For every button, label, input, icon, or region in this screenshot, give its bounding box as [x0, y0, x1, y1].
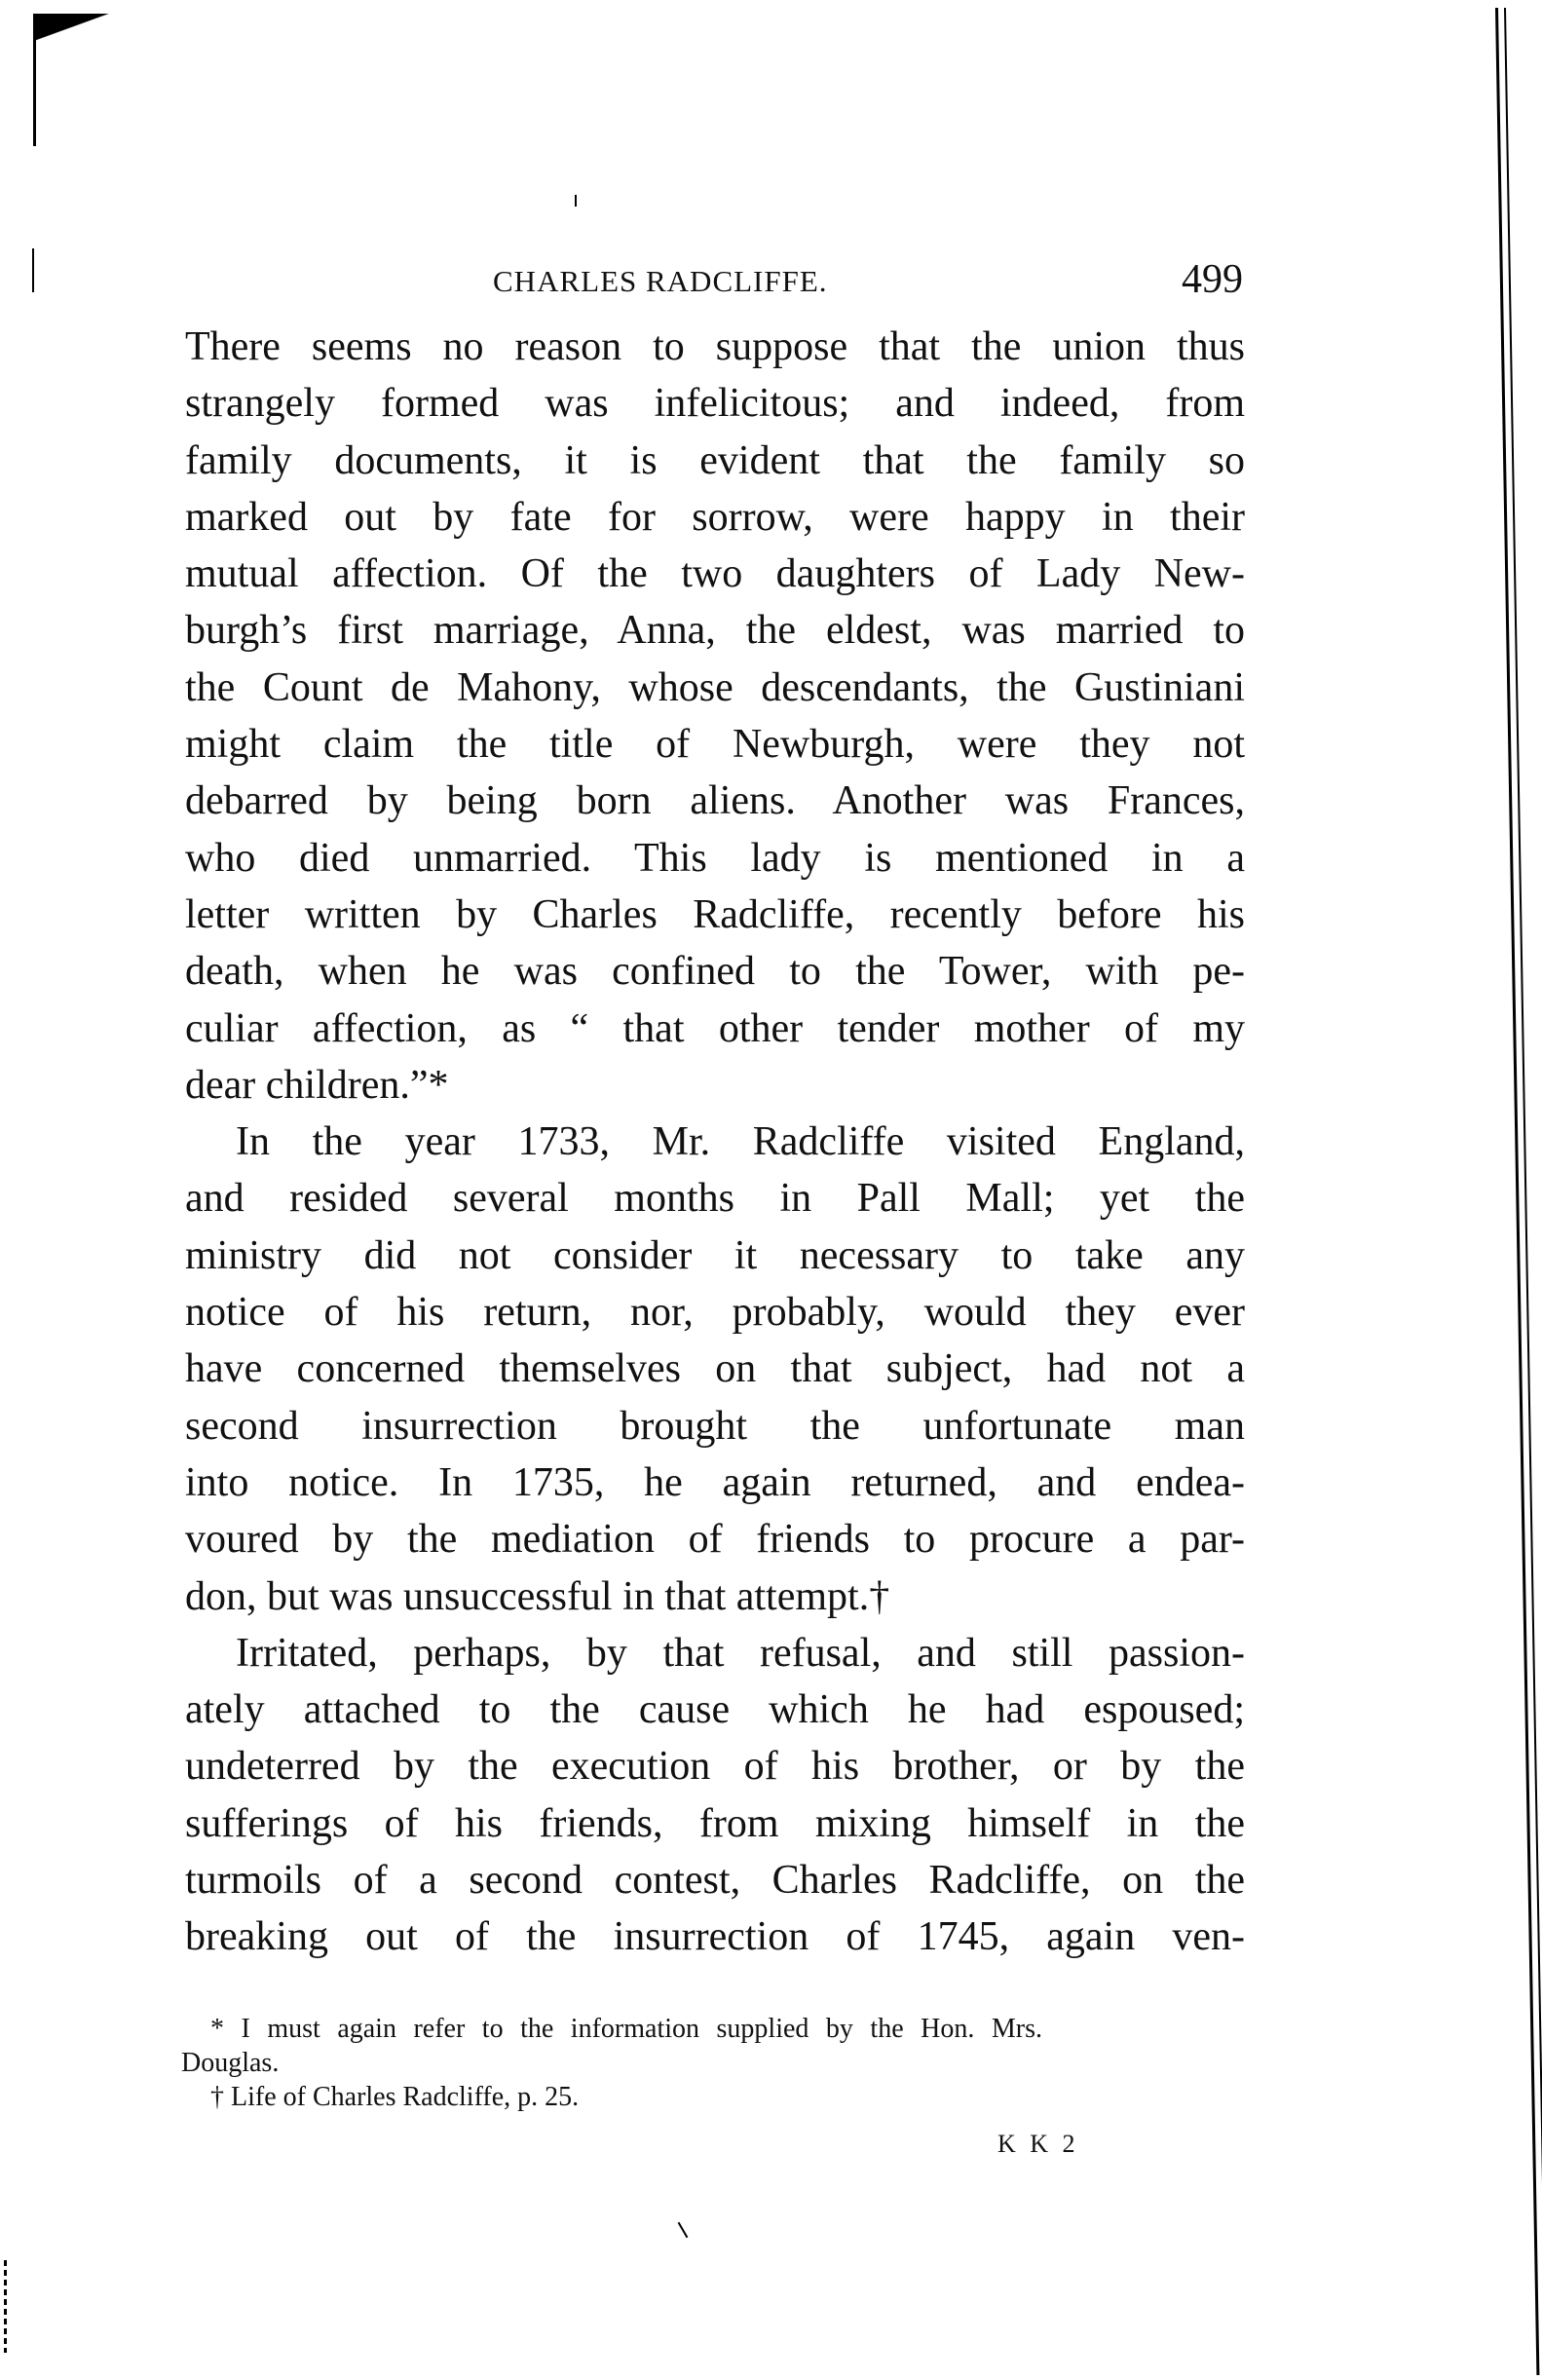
- text-line: turmoils of a second contest, Charles Ra…: [185, 1852, 1245, 1908]
- page-number: 499: [1182, 256, 1243, 303]
- text-line: culiar affection, as “ that other tender…: [185, 1001, 1245, 1057]
- text-line: In the year 1733, Mr. Radcliffe visited …: [185, 1114, 1245, 1170]
- text-line: sufferings of his friends, from mixing h…: [185, 1795, 1245, 1852]
- scan-corner-artifact: [33, 14, 150, 49]
- footnotes: * I must again refer to the information …: [181, 2012, 1042, 2114]
- signature-mark: K K 2: [997, 2130, 1079, 2159]
- text-line: might claim the title of Newburgh, were …: [185, 716, 1245, 773]
- text-line: marked out by fate for sorrow, were happ…: [185, 489, 1245, 546]
- text-line: burgh’s first marriage, Anna, the eldest…: [185, 602, 1245, 659]
- text-line: voured by the mediation of friends to pr…: [185, 1511, 1245, 1568]
- text-line: who died unmarried. This lady is mention…: [185, 830, 1245, 887]
- text-line: Irritated, perhaps, by that refusal, and…: [185, 1625, 1245, 1681]
- text-line: death, when he was confined to the Tower…: [185, 943, 1245, 1000]
- page-header: CHARLES RADCLIFFE. 499: [458, 256, 1243, 305]
- footnote-asterisk: * I must again refer to the information …: [181, 2012, 1042, 2080]
- scan-left-edge: [4, 2260, 7, 2353]
- text-line: strangely formed was infelicitous; and i…: [185, 375, 1245, 432]
- text-line: don, but was unsuccessful in that attemp…: [185, 1568, 1245, 1625]
- text-line: into notice. In 1735, he again returned,…: [185, 1454, 1245, 1511]
- text-line: letter written by Charles Radcliffe, rec…: [185, 887, 1245, 943]
- scan-left-edge: [32, 248, 34, 292]
- body-text: There seems no reason to suppose that th…: [185, 319, 1245, 1966]
- text-line: undeterred by the execution of his broth…: [185, 1738, 1245, 1794]
- footnote-line: Douglas.: [181, 2046, 1042, 2080]
- text-line: and resided several months in Pall Mall;…: [185, 1170, 1245, 1227]
- text-line: ately attached to the cause which he had…: [185, 1681, 1245, 1738]
- text-line: have concerned themselves on that subjec…: [185, 1341, 1245, 1397]
- paragraph: There seems no reason to suppose that th…: [185, 319, 1245, 1114]
- scan-left-edge: [33, 14, 36, 146]
- scan-speck: [678, 2222, 689, 2239]
- text-line: breaking out of the insurrection of 1745…: [185, 1908, 1245, 1965]
- text-line: family documents, it is evident that the…: [185, 433, 1245, 489]
- text-line: dear children.”*: [185, 1057, 1245, 1114]
- text-line: mutual affection. Of the two daughters o…: [185, 546, 1245, 602]
- running-head: CHARLES RADCLIFFE.: [493, 264, 828, 299]
- text-line: the Count de Mahony, whose descendants, …: [185, 660, 1245, 716]
- footnote-dagger: † Life of Charles Radcliffe, p. 25.: [181, 2080, 1042, 2114]
- scan-right-edge: [1495, 8, 1542, 2375]
- text-line: notice of his return, nor, probably, wou…: [185, 1284, 1245, 1341]
- text-line: debarred by being born aliens. Another w…: [185, 773, 1245, 829]
- scan-speck: [575, 195, 577, 207]
- footnote-line: * I must again refer to the information …: [181, 2012, 1042, 2046]
- footnote-line: † Life of Charles Radcliffe, p. 25.: [181, 2080, 1042, 2114]
- text-line: ministry did not consider it necessary t…: [185, 1228, 1245, 1284]
- text-line: There seems no reason to suppose that th…: [185, 319, 1245, 375]
- paragraph: Irritated, perhaps, by that refusal, and…: [185, 1625, 1245, 1966]
- paragraph: In the year 1733, Mr. Radcliffe visited …: [185, 1114, 1245, 1625]
- text-line: second insurrection brought the unfortun…: [185, 1398, 1245, 1454]
